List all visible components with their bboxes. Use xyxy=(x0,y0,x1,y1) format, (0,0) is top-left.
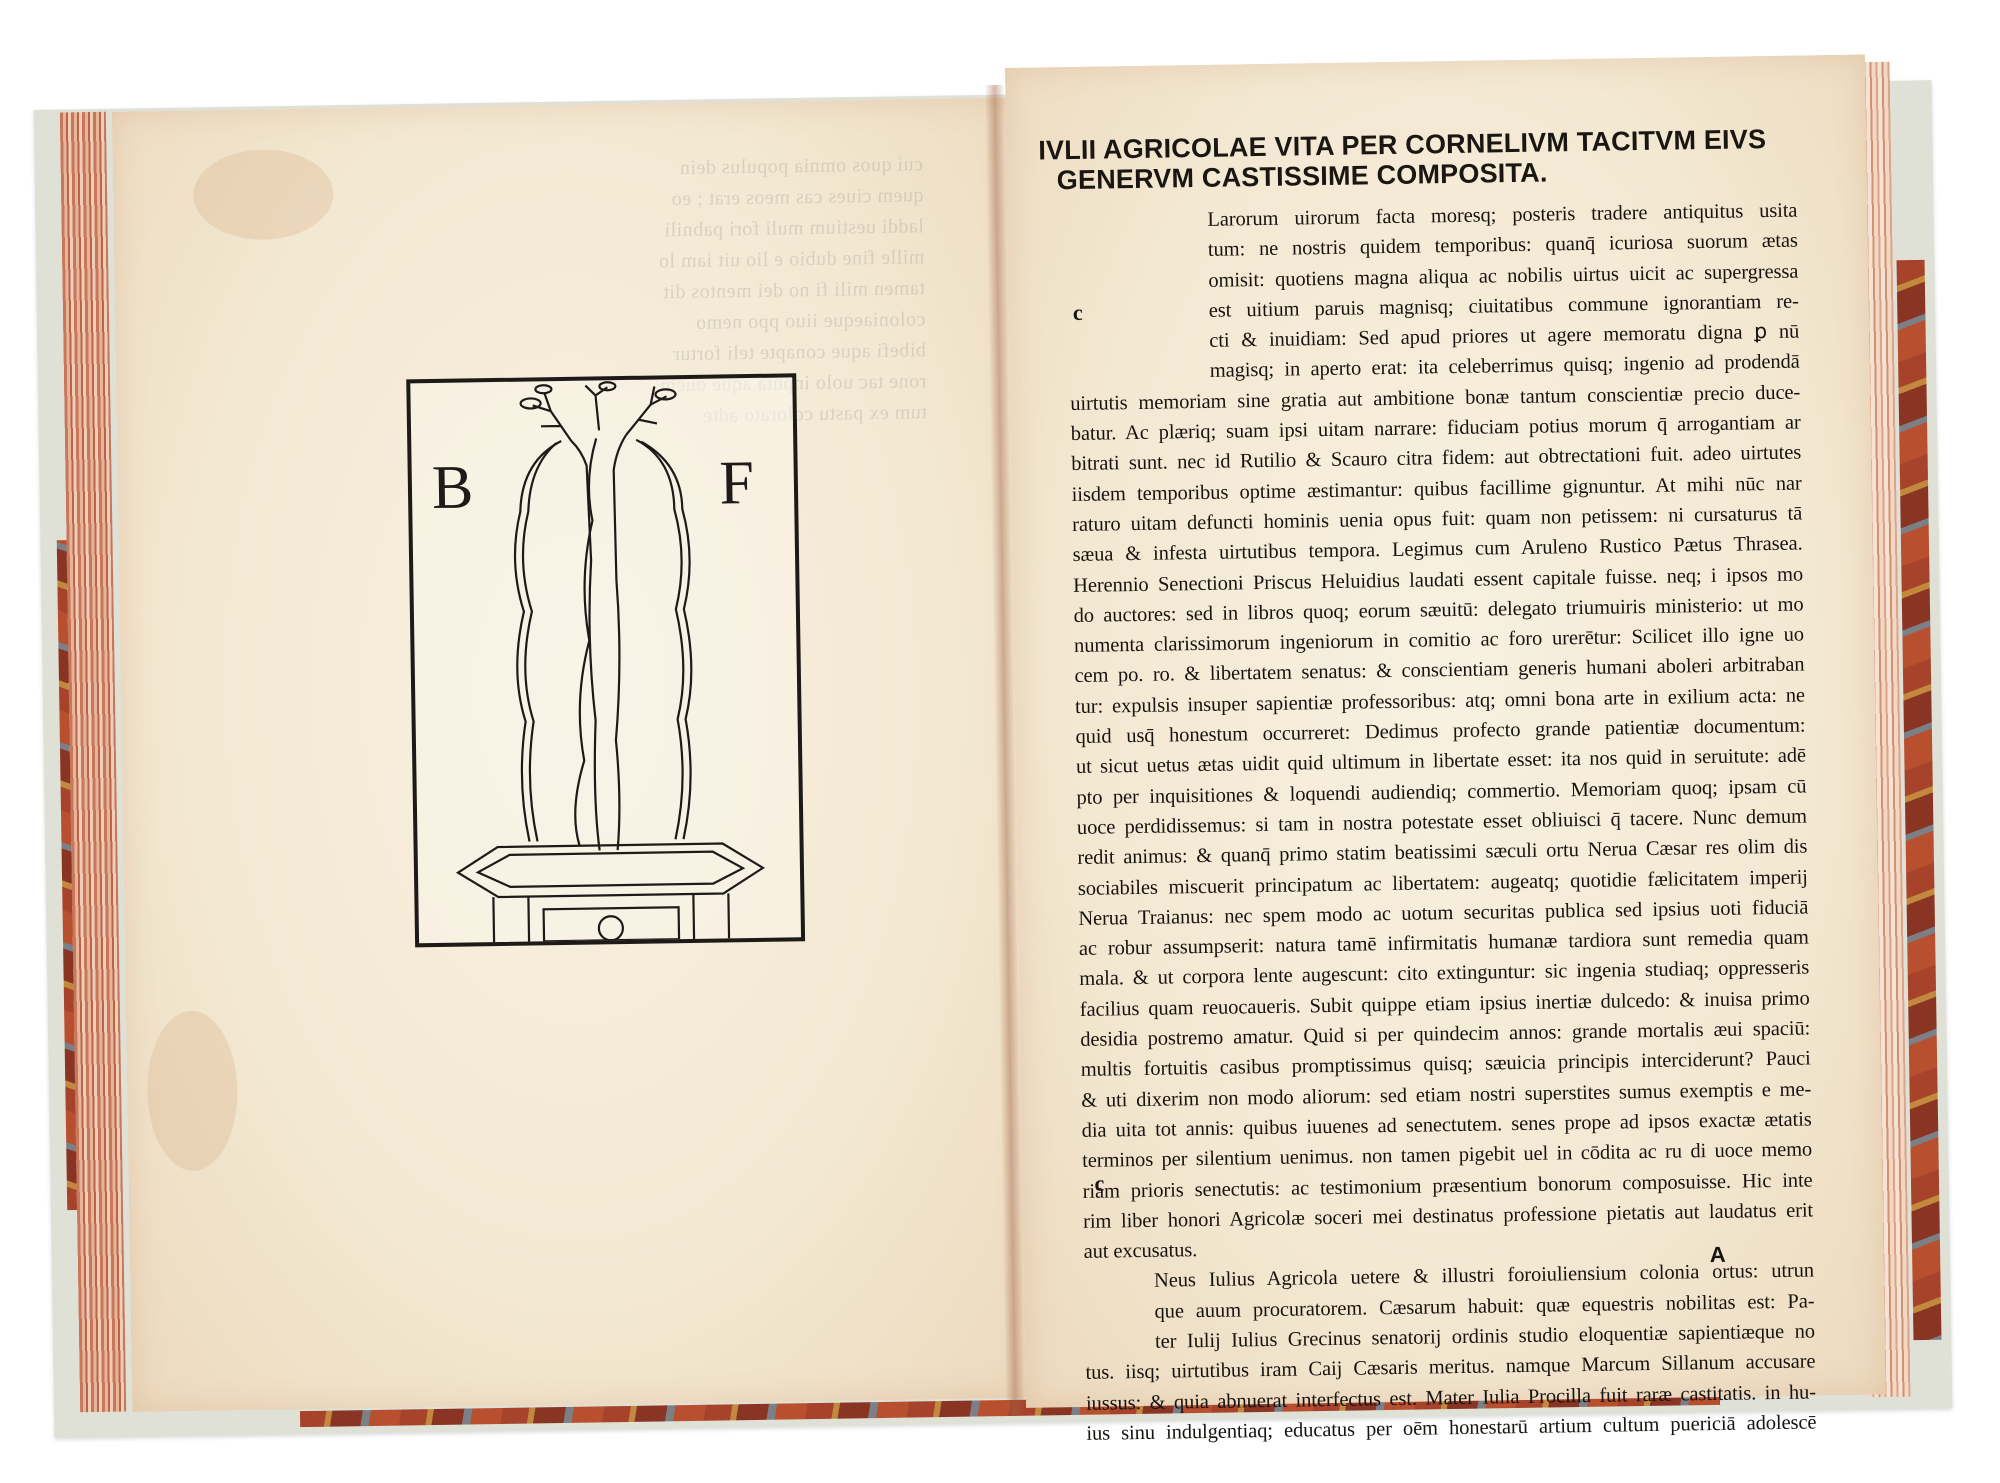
page-title: IVLII AGRICOLAE VITA PER CORNELIVM TACIT… xyxy=(1038,123,1819,195)
left-page: cui quos omnia populus dein quem ciues c… xyxy=(112,98,1032,1412)
foxing-stain xyxy=(146,1010,239,1171)
right-page: IVLII AGRICOLAE VITA PER CORNELIVM TACIT… xyxy=(1005,54,1886,1407)
woodcut-letter-b: B xyxy=(431,452,473,524)
woodcut-illustration: B F xyxy=(406,373,805,947)
woodcut-letter-f: F xyxy=(719,448,755,520)
signature-mark: A xyxy=(1710,1242,1726,1268)
body-text: Larorum uirorum facta moresq; posteris t… xyxy=(1067,196,1816,1449)
